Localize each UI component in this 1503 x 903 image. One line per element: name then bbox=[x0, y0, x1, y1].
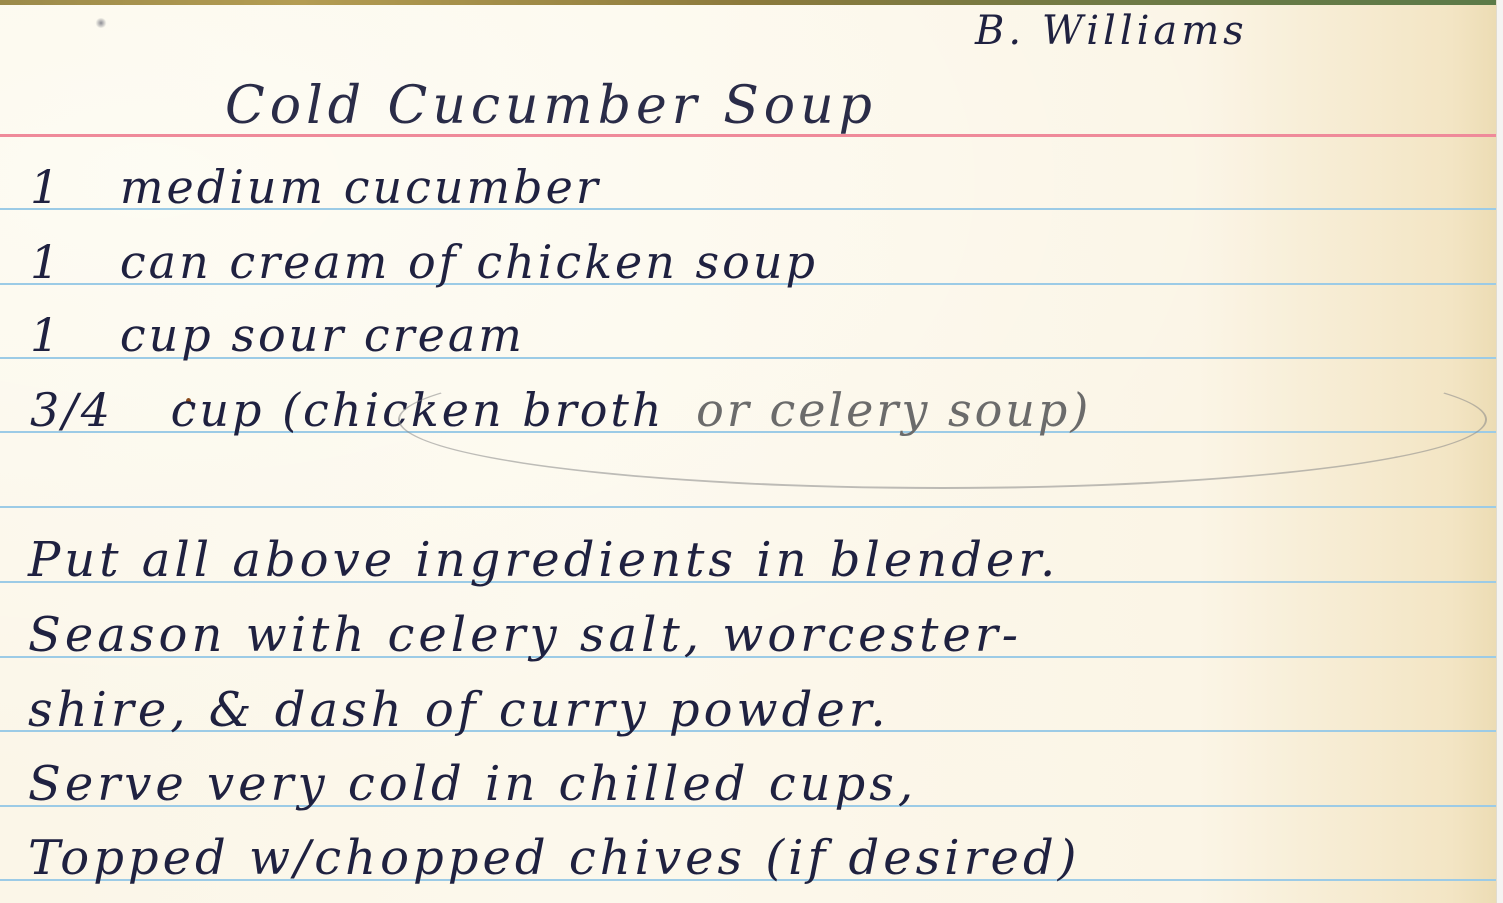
ingredient-text: medium cucumber bbox=[120, 160, 601, 214]
ruled-line bbox=[0, 506, 1496, 508]
ingredient-quantity: 1 bbox=[30, 235, 62, 289]
instruction-line: Serve very cold in chilled cups, bbox=[28, 756, 917, 812]
ingredient-row: 1 cup sour cream bbox=[30, 308, 525, 362]
ingredient-quantity: 3/4 bbox=[30, 383, 113, 437]
ingredient-row: 1 can cream of chicken soup bbox=[30, 235, 818, 289]
pencil-bracket bbox=[398, 350, 1487, 489]
instruction-line: Put all above ingredients in blender. bbox=[28, 532, 1059, 588]
ingredient-row: 1 medium cucumber bbox=[30, 160, 601, 214]
author-name: B. Williams bbox=[975, 8, 1248, 54]
ink-smudge bbox=[95, 18, 107, 28]
scan-margin bbox=[1496, 0, 1503, 903]
instruction-line: shire, & dash of curry powder. bbox=[28, 682, 890, 738]
ingredient-quantity: 1 bbox=[30, 160, 62, 214]
ingredient-text: can cream of chicken soup bbox=[120, 235, 818, 289]
instruction-line: Topped w/chopped chives (if desired) bbox=[28, 830, 1080, 886]
ingredient-quantity: 1 bbox=[30, 308, 62, 362]
card-top-edge bbox=[0, 0, 1496, 5]
recipe-title: Cold Cucumber Soup bbox=[225, 76, 877, 136]
recipe-card: B. Williams Cold Cucumber Soup 1 medium … bbox=[0, 0, 1496, 903]
instruction-line: Season with celery salt, worcester- bbox=[28, 607, 1022, 663]
ingredient-text: cup sour cream bbox=[120, 308, 525, 362]
